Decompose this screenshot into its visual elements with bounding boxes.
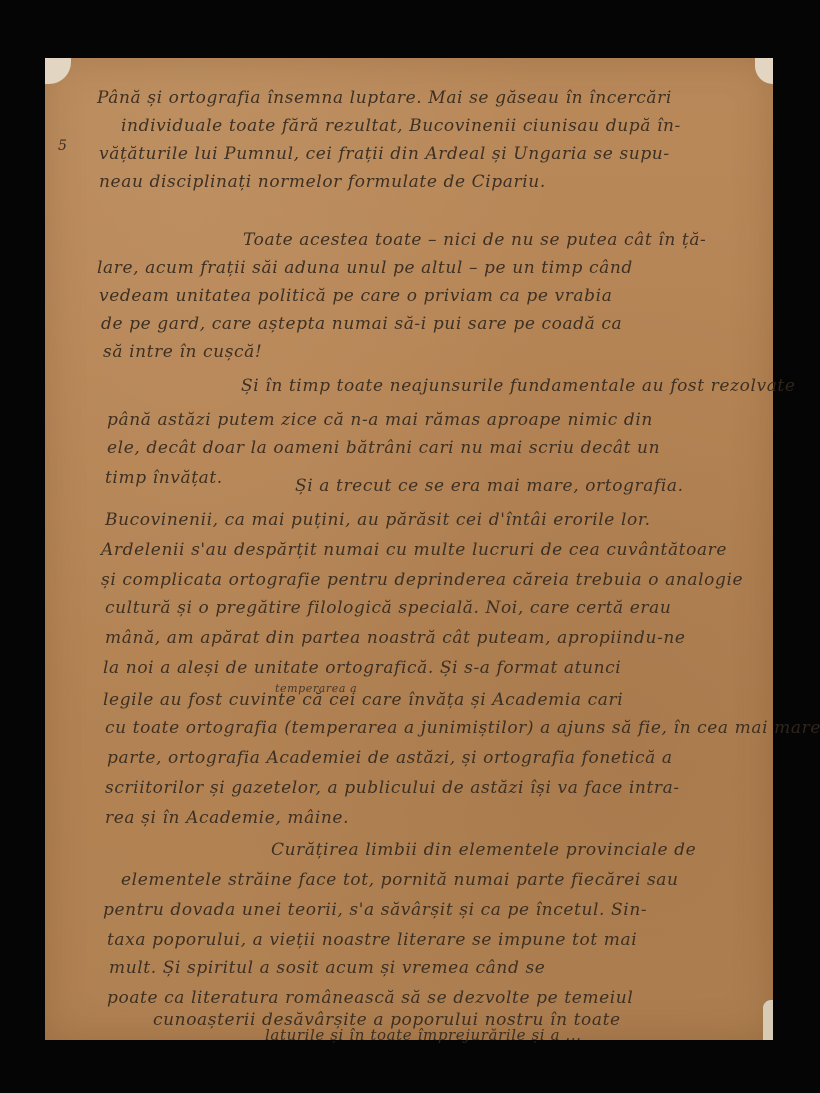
manuscript-line: mână, am apărat din partea noastră cât p… xyxy=(105,628,686,648)
manuscript-line: pentru dovada unei teorii, s'a săvârșit … xyxy=(103,900,647,920)
manuscript-line: vedeam unitatea politică pe care o privi… xyxy=(99,286,612,306)
manuscript-line: taxa poporului, a vieții noastre literar… xyxy=(107,930,637,950)
manuscript-line: până astăzi putem zice că n-a mai rămas … xyxy=(107,410,653,430)
manuscript-line: parte, ortografia Academiei de astăzi, ș… xyxy=(107,748,673,768)
torn-edge-bottom-right xyxy=(763,1000,773,1040)
manuscript-line: individuale toate fără rezultat, Bucovin… xyxy=(121,116,681,136)
manuscript-line: Curățirea limbii din elementele provinci… xyxy=(271,840,696,860)
manuscript-line: la noi a aleși de unitate ortografică. Ș… xyxy=(103,658,621,678)
manuscript-page: 5 Până și ortografia însemna luptare. Ma… xyxy=(45,58,773,1040)
manuscript-line: ele, decât doar la oameni bătrâni cari n… xyxy=(107,438,660,458)
manuscript-line: Până și ortografia însemna luptare. Mai … xyxy=(97,88,672,108)
manuscript-line: mult. Și spiritul a sosit acum și vremea… xyxy=(109,958,545,978)
manuscript-line: Ardelenii s'au despărțit numai cu multe … xyxy=(101,540,727,560)
manuscript-line: să intre în cușcă! xyxy=(103,342,262,362)
manuscript-line: poate ca literatura românească să se dez… xyxy=(107,988,633,1008)
manuscript-line: elementele străine face tot, pornită num… xyxy=(121,870,679,890)
manuscript-line: cultură și o pregătire filologică specia… xyxy=(105,598,671,618)
manuscript-line: laturile și în toate împrejurările și a … xyxy=(265,1026,582,1044)
manuscript-line: Și în timp toate neajunsurile fundamenta… xyxy=(241,376,796,396)
manuscript-line: cu toate ortografia (temperarea a junimi… xyxy=(105,718,820,738)
manuscript-line: lare, acum frații săi aduna unul pe altu… xyxy=(97,258,633,278)
manuscript-line: și complicata ortografie pentru deprinde… xyxy=(101,570,743,590)
manuscript-line: Bucovinenii, ca mai puțini, au părăsit c… xyxy=(105,510,651,530)
manuscript-line: de pe gard, care aștepta numai să-i pui … xyxy=(101,314,622,334)
torn-corner-top-left xyxy=(45,58,71,84)
manuscript-line: Și a trecut ce se era mai mare, ortograf… xyxy=(295,476,684,496)
manuscript-line: Toate acestea toate – nici de nu se pute… xyxy=(243,230,706,250)
manuscript-line: neau disciplinați normelor formulate de … xyxy=(99,172,546,192)
manuscript-line: timp învățat. xyxy=(105,468,223,488)
torn-corner-top-right xyxy=(755,58,773,84)
manuscript-line: scriitorilor și gazetelor, a publicului … xyxy=(105,778,680,798)
margin-page-mark: 5 xyxy=(58,138,67,154)
manuscript-line: rea și în Academie, mâine. xyxy=(105,808,349,828)
manuscript-line: vățăturile lui Pumnul, cei frații din Ar… xyxy=(99,144,670,164)
manuscript-line: legile au fost cuvinte că cei care învăț… xyxy=(103,690,623,710)
